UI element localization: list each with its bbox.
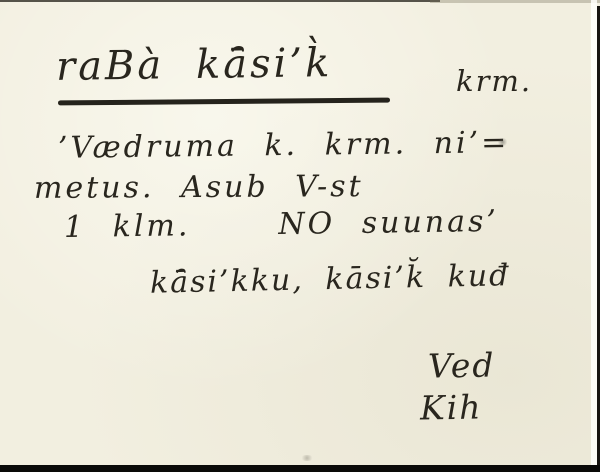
scan-edge-top-right	[430, 0, 600, 3]
body-line-2: metus. Asub V-st	[34, 169, 364, 206]
scan-edge-bottom	[0, 465, 600, 472]
body-line-3: 1 klm.NO suunas’	[64, 204, 499, 245]
card-headword: raBà kā̑si’k̀	[56, 40, 333, 90]
index-card: raBà kā̑si’k̀ krm. ’Vædruma k. krm. ni’=…	[0, 0, 600, 472]
headword-underline	[58, 98, 390, 106]
scan-edge-top	[0, 0, 440, 2]
signature-line-1: Ved	[428, 345, 496, 385]
body-line-4: kā̑si’kku, kāsi’k̆ kuđ	[150, 258, 511, 301]
signature-line-2: Kih	[420, 387, 483, 427]
body-line-1: ’Vædruma k. krm. ni’=	[58, 125, 510, 166]
body-line-3-gap	[191, 234, 279, 235]
paper-smudge	[497, 138, 508, 146]
body-line-3-left: 1 klm.	[64, 208, 191, 245]
headword-annotation: krm.	[456, 64, 532, 98]
paper-smudge-bottom	[300, 455, 314, 461]
body-line-3-right: NO suunas’	[278, 204, 499, 242]
